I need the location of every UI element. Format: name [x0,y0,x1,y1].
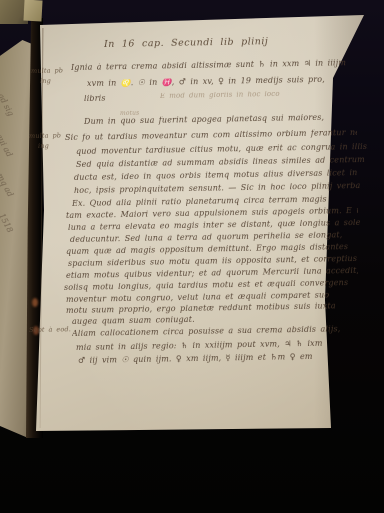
margin-note: multa pb [31,67,63,74]
margin-note: ing [38,143,49,150]
margin-note: multa pb [29,132,61,139]
bleedthrough-text: mq ad [0,172,15,198]
photo-scene: ad sig qui ad mq ad 1518 In 16 cap. Secu… [0,0,384,513]
margin-note: ing [40,78,51,85]
manuscript-line: libris [84,95,106,103]
bleedthrough-text: 1518 [0,212,15,234]
bleedthrough-text: qui ad [0,132,14,159]
book-board-tab [23,0,42,21]
interlinear-note: motus [120,111,140,117]
bleedthrough-text: ad sig [0,92,15,118]
margin-note: Sept à eod. [29,326,71,333]
gutter-stain [32,298,38,307]
